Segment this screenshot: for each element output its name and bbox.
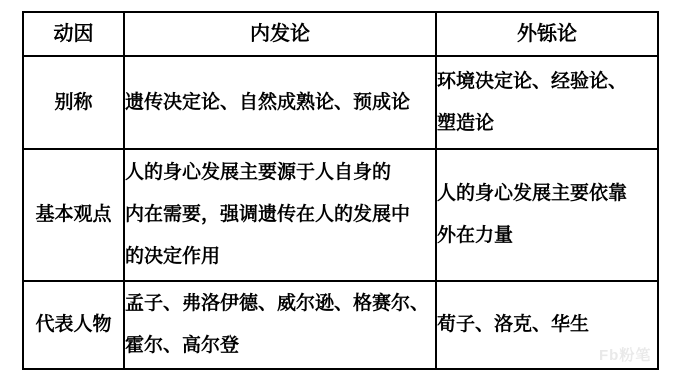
header-cell-internal-theory: 内发论 xyxy=(124,12,436,56)
cell-alias-internal: 遗传决定论、自然成熟论、预成论 xyxy=(124,56,436,149)
comparison-table: 动因 内发论 外铄论 别称 遗传决定论、自然成熟论、预成论 环境决定论、经验论、… xyxy=(22,11,659,370)
table-header-row: 动因 内发论 外铄论 xyxy=(23,12,658,56)
table-row-representatives: 代表人物 孟子、弗洛伊德、威尔逊、格赛尔、 霍尔、高尔登 荀子、洛克、华生 xyxy=(23,281,658,369)
cell-text-line: 人的身心发展主要依靠 xyxy=(437,173,657,215)
cell-viewpoint-internal: 人的身心发展主要源于人自身的 内在需要，强调遗传在人的发展中 的决定作用 xyxy=(124,149,436,281)
cell-text-line: 外在力量 xyxy=(437,215,657,257)
table-row-alias: 别称 遗传决定论、自然成熟论、预成论 环境决定论、经验论、 塑造论 xyxy=(23,56,658,149)
header-cell-external-theory: 外铄论 xyxy=(436,12,658,56)
cell-text-line: 孟子、弗洛伊德、威尔逊、格赛尔、 xyxy=(125,283,435,325)
cell-alias-external: 环境决定论、经验论、 塑造论 xyxy=(436,56,658,149)
fenbi-watermark-logo: Fb粉笔 xyxy=(599,344,679,365)
row-label-representatives: 代表人物 xyxy=(23,281,124,369)
cell-text-line: 遗传决定论、自然成熟论、预成论 xyxy=(125,82,435,124)
row-label-basic-viewpoint: 基本观点 xyxy=(23,149,124,281)
table-row-basic-viewpoint: 基本观点 人的身心发展主要源于人自身的 内在需要，强调遗传在人的发展中 的决定作… xyxy=(23,149,658,281)
cell-text-line: 荀子、洛克、华生 xyxy=(437,304,657,346)
cell-text-line: 内在需要，强调遗传在人的发展中 xyxy=(125,194,435,236)
cell-text-line: 塑造论 xyxy=(437,103,657,145)
cell-text-line: 霍尔、高尔登 xyxy=(125,325,435,367)
cell-viewpoint-external: 人的身心发展主要依靠 外在力量 xyxy=(436,149,658,281)
row-label-alias: 别称 xyxy=(23,56,124,149)
cell-representatives-internal: 孟子、弗洛伊德、威尔逊、格赛尔、 霍尔、高尔登 xyxy=(124,281,436,369)
cell-text-line: 人的身心发展主要源于人自身的 xyxy=(125,152,435,194)
document-page: 动因 内发论 外铄论 别称 遗传决定论、自然成熟论、预成论 环境决定论、经验论、… xyxy=(0,0,679,384)
cell-text-line: 环境决定论、经验论、 xyxy=(437,61,657,103)
cell-text-line: 的决定作用 xyxy=(125,236,435,278)
header-cell-motive: 动因 xyxy=(23,12,124,56)
